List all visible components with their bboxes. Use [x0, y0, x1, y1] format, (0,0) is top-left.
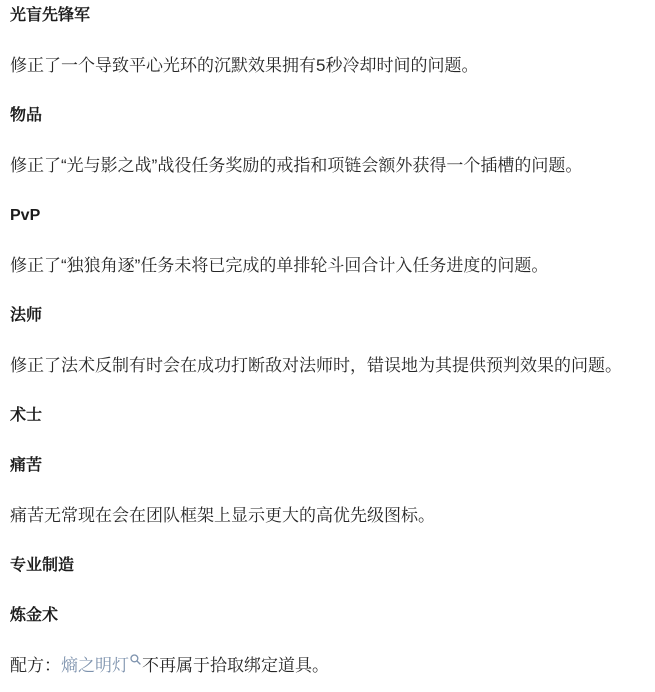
heading-affliction: 痛苦 — [10, 455, 645, 477]
note-affliction: 痛苦无常现在会在团队框架上显示更大的高优先级图标。 — [10, 505, 645, 527]
recipe-prefix-text: 配方： — [10, 656, 61, 675]
note-alchemy-recipe: 配方：熵之明灯不再属于拾取绑定道具。 — [10, 655, 645, 677]
note-blindlight-vanguard: 修正了一个导致平心光环的沉默效果拥有5秒冷却时间的问题。 — [10, 55, 645, 77]
heading-mage: 法师 — [10, 305, 645, 327]
note-items: 修正了“光与影之战”战役任务奖励的戒指和项链会额外获得一个插槽的问题。 — [10, 155, 645, 177]
note-mage: 修正了法术反制有时会在成功打断敌对法师时，错误地为其提供预判效果的问题。 — [10, 355, 645, 377]
item-link-lamp-of-entropy[interactable]: 熵之明灯 — [61, 656, 129, 675]
heading-alchemy: 炼金术 — [10, 605, 645, 627]
heading-warlock: 术士 — [10, 405, 645, 427]
note-pvp: 修正了“独狼角逐”任务未将已完成的单排轮斗回合计入任务进度的问题。 — [10, 255, 645, 277]
heading-professions: 专业制造 — [10, 555, 645, 577]
recipe-suffix-text: 不再属于拾取绑定道具。 — [142, 656, 329, 675]
heading-items: 物品 — [10, 105, 645, 127]
heading-blindlight-vanguard: 光盲先锋军 — [10, 5, 645, 27]
heading-pvp: PvP — [10, 205, 645, 227]
magnifier-icon[interactable] — [130, 654, 141, 665]
patch-notes-content: 光盲先锋军 修正了一个导致平心光环的沉默效果拥有5秒冷却时间的问题。 物品 修正… — [0, 0, 655, 677]
